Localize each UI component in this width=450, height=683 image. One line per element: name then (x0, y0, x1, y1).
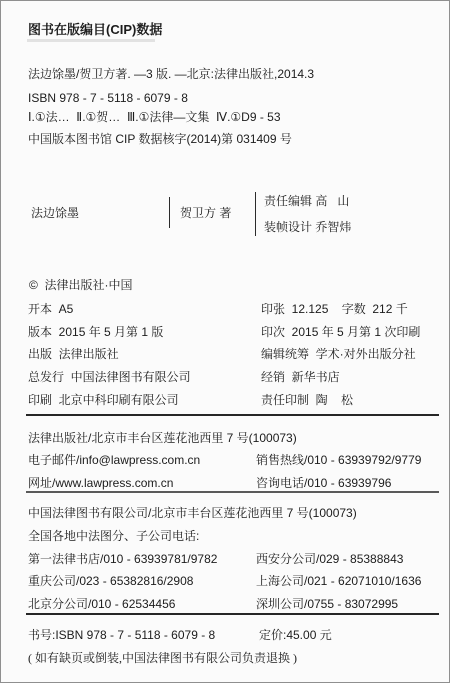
colophon-left: 总发行 中国法律图书有限公司 (28, 370, 261, 385)
footer-row: 书号:ISBN 978 - 7 - 5118 - 6079 - 8 定价:45.… (28, 628, 437, 643)
colophon-row: 开本 A5 印张 12.125 字数 212 千 (28, 302, 437, 317)
colophon-right: 编辑统筹 学术·对外出版分社 (261, 347, 437, 362)
copyright-page: 图书在版编目(CIP)数据 法边馀墨/贺卫方著. —3 版. —北京:法律出版社… (0, 0, 450, 683)
colophon-left: 版本 2015 年 5 月第 1 版 (28, 325, 261, 340)
branch-right: 深圳公司/0755 - 83072995 (256, 597, 437, 612)
distributor-address: 中国法律图书有限公司/北京市丰台区莲花池西里 7 号(100073) (28, 506, 357, 521)
contact-right: 销售热线/010 - 63939792/9779 (256, 453, 437, 468)
branch-row: 重庆公司/023 - 65382816/2908 上海公司/021 - 6207… (28, 574, 437, 589)
cip-isbn-line: ISBN 978 - 7 - 5118 - 6079 - 8 (28, 91, 188, 106)
colophon-row: 印刷 北京中科印刷有限公司 责任印制 陶 松 (28, 393, 437, 408)
colophon-left: 开本 A5 (28, 302, 261, 317)
editor-line: 责任编辑 高 山 (264, 194, 349, 209)
branch-right: 上海公司/021 - 62071010/1636 (256, 574, 437, 589)
colophon-left: 印刷 北京中科印刷有限公司 (28, 393, 261, 408)
section-rule (26, 491, 439, 493)
contact-row: 电子邮件/info@lawpress.com.cn 销售热线/010 - 639… (28, 453, 437, 468)
branch-left: 北京分公司/010 - 62534456 (28, 597, 256, 612)
distributor-intro: 全国各地中法图分、子公司电话: (28, 529, 199, 544)
colophon-right: 责任印制 陶 松 (261, 393, 437, 408)
contact-row: 网址/www.lawpress.com.cn 咨询电话/010 - 639397… (28, 476, 437, 491)
branch-right: 西安分公司/029 - 85388843 (256, 552, 437, 567)
branch-row: 北京分公司/010 - 62534456 深圳公司/0755 - 8307299… (28, 597, 437, 612)
colophon-row: 版本 2015 年 5 月第 1 版 印次 2015 年 5 月第 1 次印刷 (28, 325, 437, 340)
branch-row: 第一法律书店/010 - 63939781/9782 西安分公司/029 - 8… (28, 552, 437, 567)
colophon-right: 经销 新华书店 (261, 370, 437, 385)
cip-record-line: 中国版本图书馆 CIP 数据核字(2014)第 031409 号 (28, 132, 292, 147)
column-divider (169, 197, 170, 228)
branch-left: 重庆公司/023 - 65382816/2908 (28, 574, 256, 589)
column-divider (255, 192, 256, 236)
contact-left: 网址/www.lawpress.com.cn (28, 476, 256, 491)
section-rule (26, 613, 439, 615)
colophon-right: 印张 12.125 字数 212 千 (261, 302, 437, 317)
book-author: 贺卫方 著 (180, 206, 231, 221)
return-notice: ( 如有缺页或倒装,中国法律图书有限公司负责退换 ) (28, 651, 297, 666)
cip-header: 图书在版编目(CIP)数据 (28, 22, 162, 37)
scan-artifact (27, 39, 155, 42)
book-title: 法边馀墨 (31, 206, 79, 221)
cip-title-line: 法边馀墨/贺卫方著. —3 版. —北京:法律出版社,2014.3 (28, 67, 314, 82)
footer-price: 定价:45.00 元 (259, 628, 437, 643)
publisher-address: 法律出版社/北京市丰台区莲花池西里 7 号(100073) (28, 431, 297, 446)
colophon-left: 出版 法律出版社 (28, 347, 261, 362)
colophon-row: 总发行 中国法律图书有限公司 经销 新华书店 (28, 370, 437, 385)
cip-classification-line: Ⅰ.①法… Ⅱ.①贺… Ⅲ.①法律—文集 Ⅳ.①D9 - 53 (28, 110, 281, 125)
designer-line: 装帧设计 乔智炜 (264, 220, 351, 235)
colophon-row: 出版 法律出版社 编辑统筹 学术·对外出版分社 (28, 347, 437, 362)
contact-left: 电子邮件/info@lawpress.com.cn (28, 453, 256, 468)
footer-isbn: 书号:ISBN 978 - 7 - 5118 - 6079 - 8 (28, 628, 259, 643)
contact-right: 咨询电话/010 - 63939796 (256, 476, 437, 491)
section-rule (26, 414, 439, 416)
colophon-right: 印次 2015 年 5 月第 1 次印刷 (261, 325, 437, 340)
branch-left: 第一法律书店/010 - 63939781/9782 (28, 552, 256, 567)
copyright-line: © 法律出版社·中国 (29, 278, 133, 293)
